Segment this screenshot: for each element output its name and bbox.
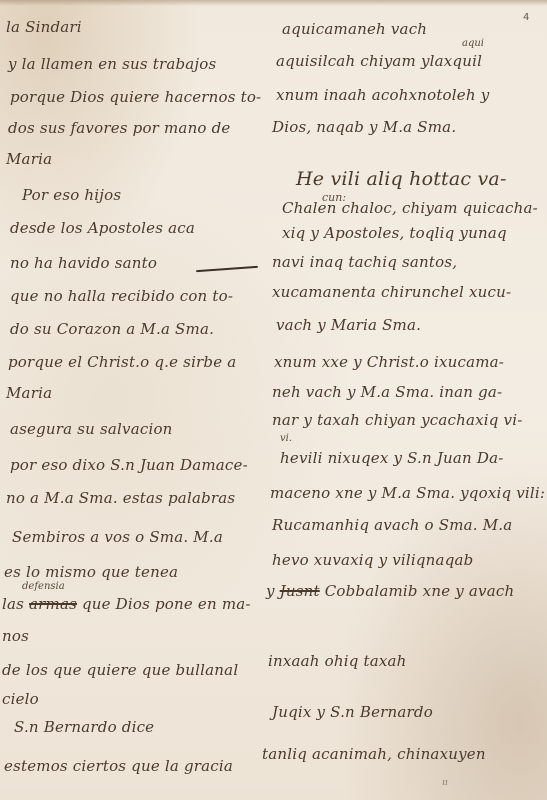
left-line-rest: que Dios pone en ma-	[82, 595, 251, 613]
interlinear-insertion: vi.	[280, 433, 292, 444]
left-line: cielo	[2, 690, 39, 708]
left-line: porque Dios quiere hacernos to-	[10, 88, 261, 106]
right-line: vach y Maria Sma.	[276, 316, 421, 334]
left-line: de los que quiere que bullanal	[2, 661, 238, 679]
right-line: aquisilcah chiyam ylaxquil	[276, 52, 482, 70]
left-line: que no halla recibido con to-	[10, 287, 233, 305]
struck-word: armas	[29, 595, 77, 613]
left-line: nos	[2, 627, 29, 645]
left-line: Maria	[6, 150, 52, 168]
left-line: porque el Christ.o q.e sirbe a	[8, 353, 236, 371]
left-line: S.n Bernardo dice	[14, 718, 154, 736]
right-line: maceno xne y M.a Sma. yqoxiq vili:	[270, 484, 545, 502]
left-line: la Sindari	[6, 18, 82, 36]
left-line: no a M.a Sma. estas palabras	[6, 489, 235, 507]
left-line: por eso dixo S.n Juan Damace-	[10, 456, 248, 474]
right-line-rest: Cobbalamib xne y avach	[325, 582, 515, 600]
right-line: navi inaq tachiq santos,	[272, 253, 457, 271]
left-line: no ha havido santo	[10, 254, 157, 272]
left-line: es lo mismo que tenea	[4, 563, 178, 581]
line-filler-dash	[196, 266, 258, 272]
footer-mark: ıı	[442, 778, 448, 788]
right-line: Chalen chaloc, chiyam quicacha-	[282, 199, 538, 217]
right-line: xnum inaah acohxnotoleh y	[276, 86, 489, 104]
left-line: las armas que Dios pone en ma-	[2, 595, 251, 613]
interlinear-insertion: aqui	[462, 38, 484, 49]
right-line-part: ylaxquil	[421, 52, 482, 70]
right-line-prefix: y	[266, 582, 275, 600]
left-line: desde los Apostoles aca	[10, 219, 195, 237]
right-line: Dios, naqab y M.a Sma.	[272, 118, 456, 136]
left-line: Sembiros a vos o Sma. M.a	[12, 528, 223, 546]
right-line: hevili nixuqex y S.n Juan Da-	[280, 449, 504, 467]
left-line: do su Corazon a M.a Sma.	[10, 320, 214, 338]
right-line: y Jusnt Cobbalamib xne y avach	[266, 582, 514, 600]
interlinear-insertion: defensia	[22, 581, 65, 592]
right-line: xiq y Apostoles, toqliq yunaq	[282, 224, 507, 242]
left-line-prefix: las	[2, 595, 24, 613]
right-line: nar y taxah chiyan ycachaxiq vi-	[272, 411, 522, 429]
left-line: dos sus favores por mano de	[8, 119, 231, 137]
manuscript-page: 4 la Sindari y la llamen en sus trabajos…	[0, 0, 547, 800]
right-line: Juqix y S.n Bernardo	[272, 703, 433, 721]
left-line: estemos ciertos que la gracia	[4, 757, 233, 775]
right-line: xucamanenta chirunchel xucu-	[272, 283, 511, 301]
page-top-edge	[0, 0, 547, 6]
left-line: asegura su salvacion	[10, 420, 173, 438]
right-line: hevo xuvaxiq y viliqnaqab	[272, 551, 473, 569]
struck-word: Jusnt	[280, 582, 320, 600]
right-heading-line: He vili aliq hottac va-	[296, 170, 507, 188]
right-line: neh vach y M.a Sma. inan ga-	[272, 383, 502, 401]
right-line: tanliq acanimah, chinaxuyen	[262, 745, 486, 763]
right-line: Rucamanhiq avach o Sma. M.a	[272, 516, 512, 534]
right-line-part: aquisilcah chiyam	[276, 52, 416, 70]
right-line: xnum xxe y Christ.o ixucama-	[274, 353, 504, 371]
right-line: aquicamaneh vach	[282, 20, 427, 38]
folio-number: 4	[523, 12, 529, 23]
right-line: inxaah ohiq taxah	[268, 652, 407, 670]
left-line: y la llamen en sus trabajos	[8, 55, 216, 73]
left-line: Maria	[6, 384, 52, 402]
left-line: Por eso hijos	[22, 186, 121, 204]
